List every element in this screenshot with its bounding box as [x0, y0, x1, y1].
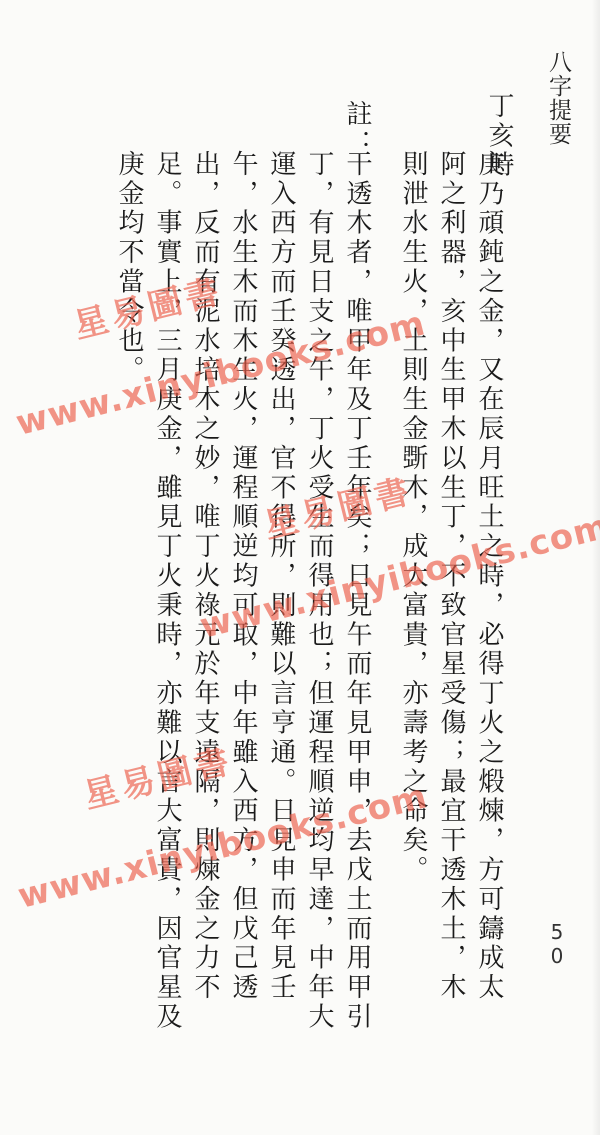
- note-text-column-5: 出，反而有泥水培木之妙，唯丁火祿元於年支遠隔，則煉金之力不: [190, 150, 220, 1003]
- note-text-column-7: 庚金均不當令也。: [114, 150, 144, 385]
- note-text-column-6: 足。事實上，三月庚金，雖見丁火秉時，亦難以言大富貴，因官星及: [152, 150, 182, 1032]
- entry-text-column-3: 則泄水生火，土則生金斲木，成大富貴，亦壽考之命矣。: [398, 150, 428, 885]
- entry-text-column-2: 阿之利器，亥中生甲木以生丁，不致官星受傷；最宜干透木土，木: [436, 150, 466, 1003]
- note-text-column-1: 干透木者，唯甲年及丁壬年矣；日見午而年見甲申，去戊土而用甲引: [342, 150, 372, 1032]
- running-header-book-title: 八字提要: [542, 50, 575, 146]
- note-text-column-2: 丁，有見日支之午，丁火受生而得用也；但運程順逆均早達，中年大: [304, 150, 334, 1032]
- entry-text-column-1: 庚乃頑鈍之金，又在辰月旺土之時，必得丁火之煅煉，方可鑄成太: [474, 150, 504, 1003]
- note-text-column-3: 運入西方而壬癸透出，官不得所，則難以言亨通。日見申而年見壬: [266, 150, 296, 1003]
- page-number: 50: [545, 920, 569, 968]
- note-text-column-4: 午，水生木而木生火，運程順逆均可取，中年雖入西方，但戊己透: [228, 150, 258, 1003]
- book-page: 八字提要 丁亥時 庚乃頑鈍之金，又在辰月旺土之時，必得丁火之煅煉，方可鑄成太 阿…: [0, 0, 600, 1135]
- page-edge-shadow: [592, 0, 600, 1135]
